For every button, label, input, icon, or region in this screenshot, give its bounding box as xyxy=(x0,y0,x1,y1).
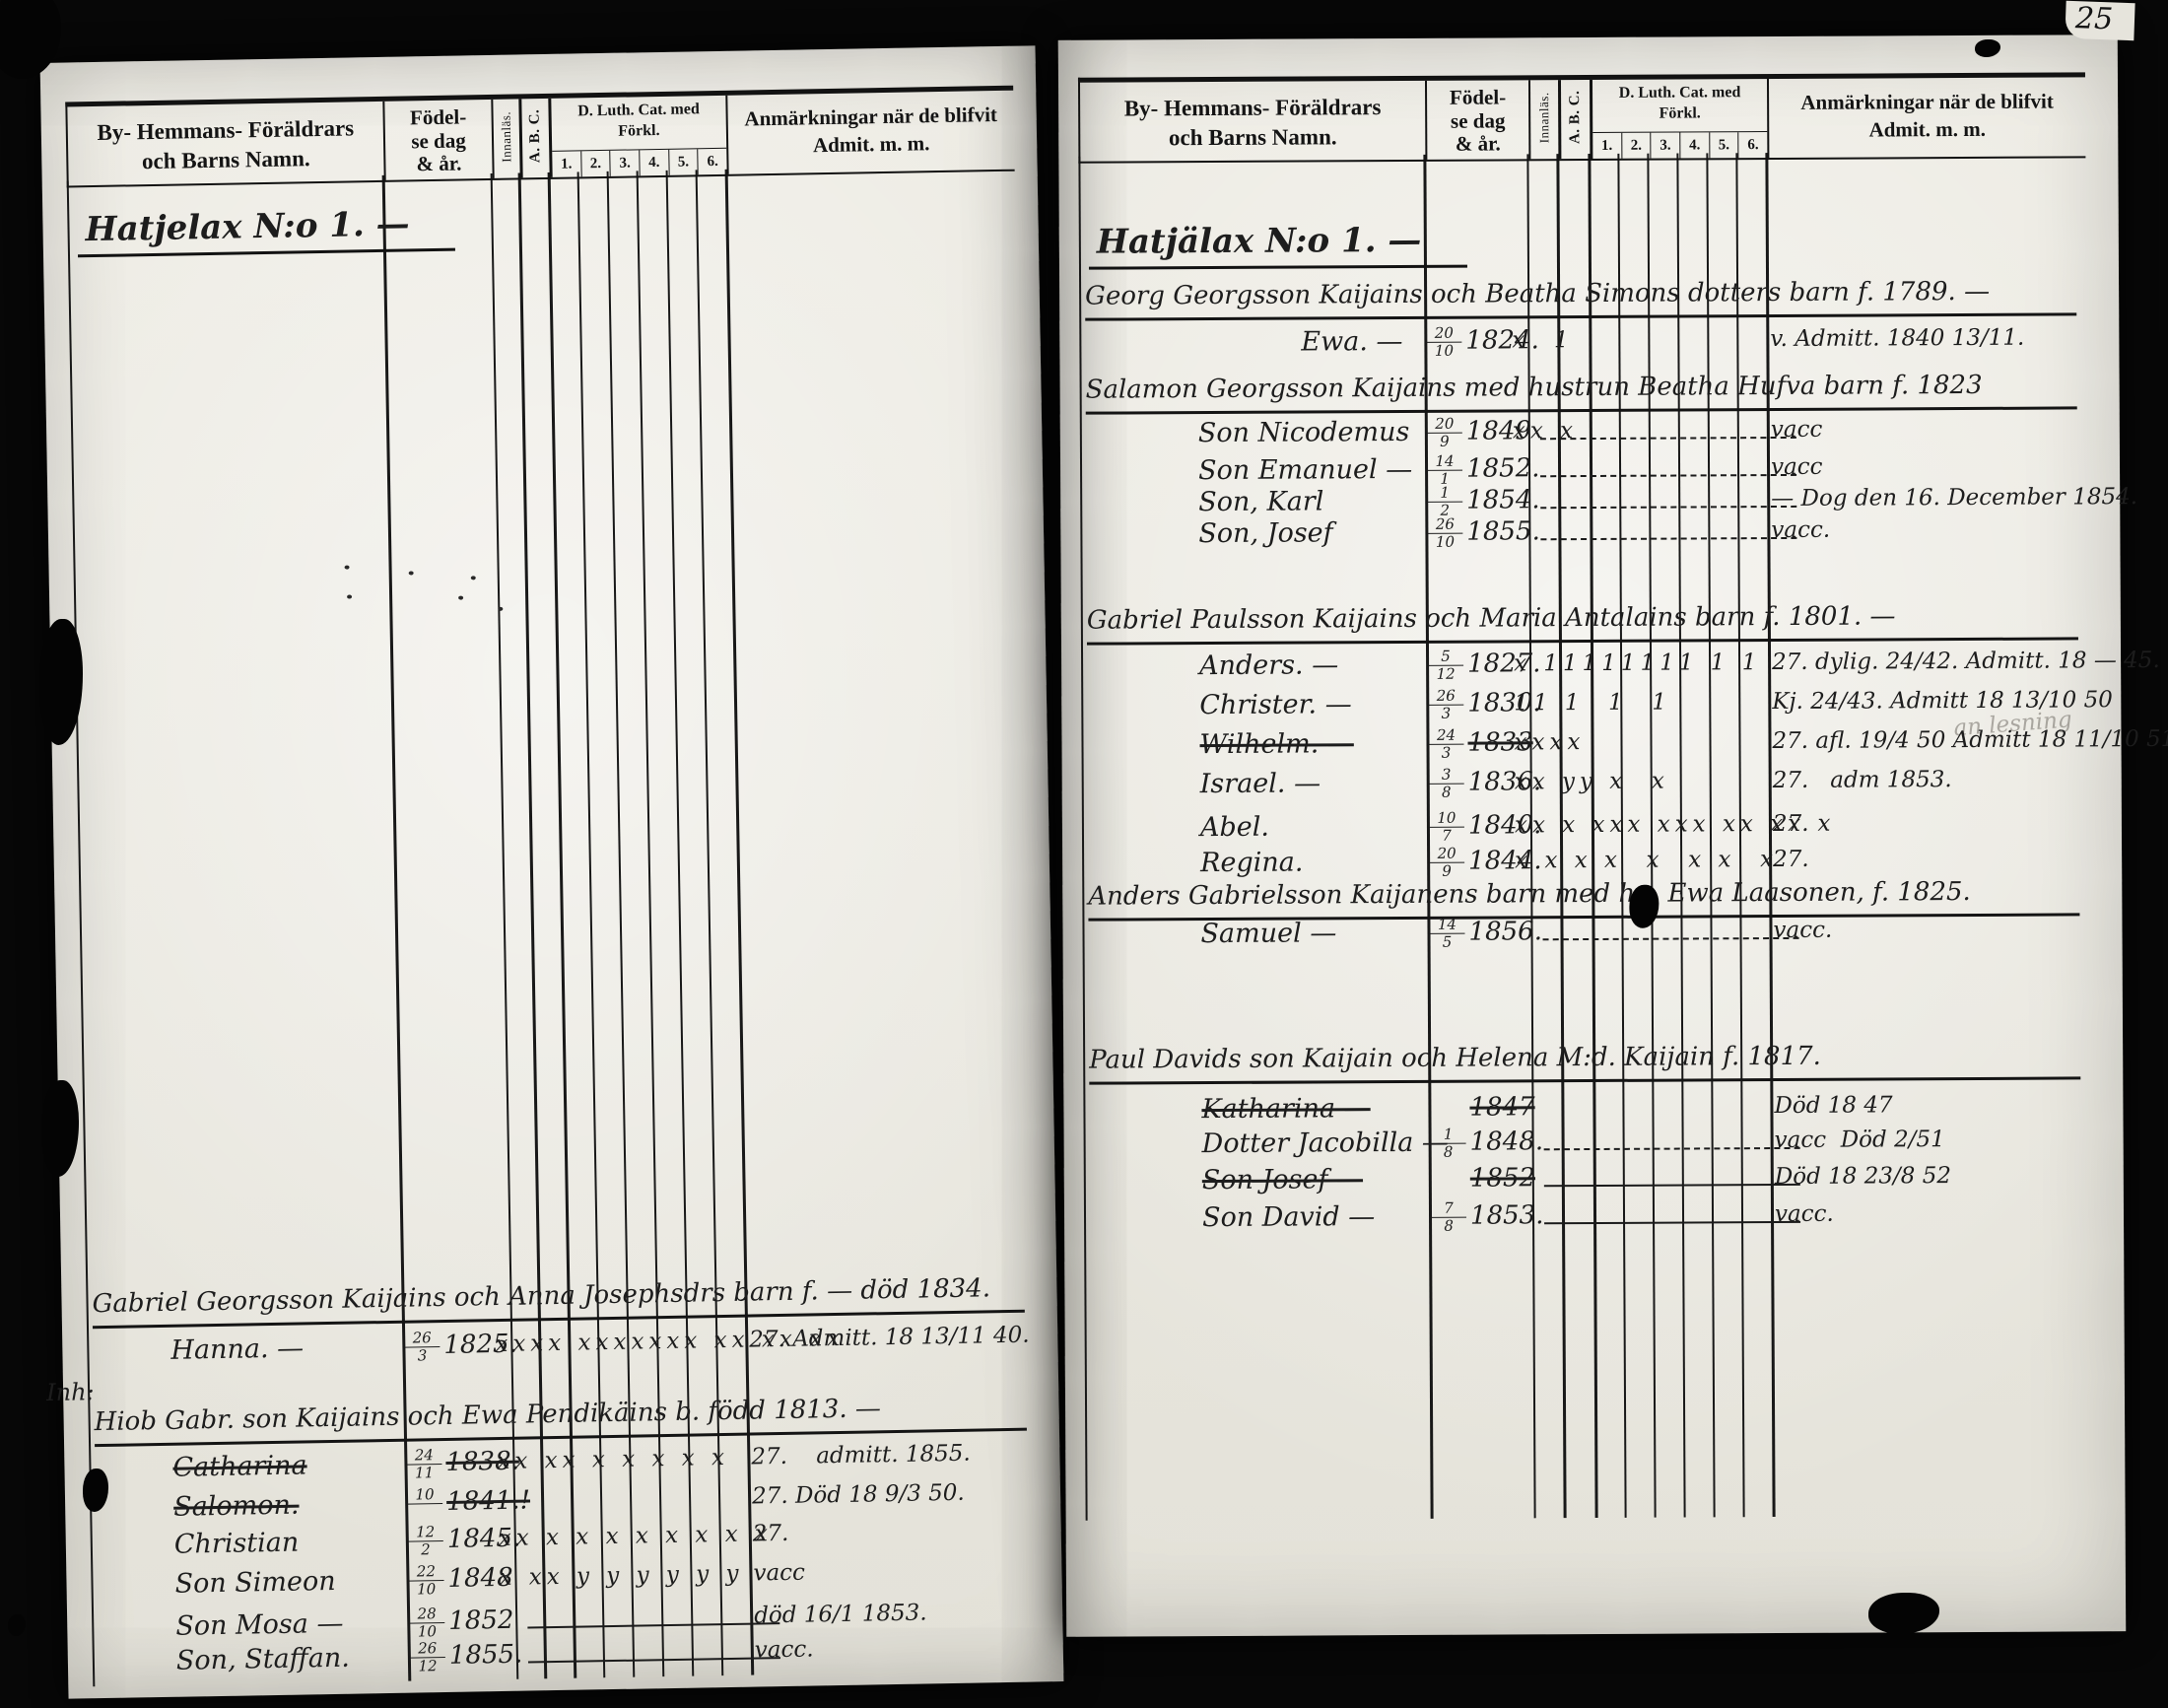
child-name: Samuel — xyxy=(1200,918,1336,949)
remark: 27. xyxy=(1773,847,1809,872)
scanned-book-spread: By- Hemmans- Föräldrars och Barns Namn. … xyxy=(0,0,2168,1708)
family-heading: Gabriel Georgsson Kaijains och Anna Jose… xyxy=(92,1273,1025,1330)
record-row: Israel. — 38 1836. xx yy x x 27. adm 185… xyxy=(1082,764,2087,810)
record-row: Ewa. — 2010 1824. x 1 v. Admitt. 1840 13… xyxy=(1079,322,2084,369)
birth-date: 38 xyxy=(1429,768,1464,800)
child-name: Son, Josef xyxy=(1198,517,1332,549)
remark: vacc xyxy=(1771,417,1823,443)
header-catechism-line2: Förkl. xyxy=(1592,103,1767,125)
scan-edge-blot xyxy=(8,1614,26,1636)
remark: 27. adm 1853. xyxy=(1773,767,1952,793)
birth-date: 2810 xyxy=(409,1606,445,1640)
right-page: By- Hemmans- Föräldrars och Barns Namn. … xyxy=(1058,34,2126,1637)
family-heading: Hiob Gabr. son Kaijains och Ewa Pendikäi… xyxy=(94,1392,1027,1448)
column-header-remarks: Anmärkningar när de blifvit Admit. m. m. xyxy=(1767,77,2085,158)
row-rule xyxy=(527,1622,779,1628)
remark: vacc xyxy=(753,1560,805,1587)
child-name: Wilhelm. — xyxy=(1199,728,1353,760)
column-header-remarks: Anmärkningar när de blifvit Admit. m. m. xyxy=(725,91,1014,174)
birth-date: 243 xyxy=(1428,728,1463,761)
catechism-marks: x 1 xyxy=(1512,327,1573,353)
column-header-birthdate: Födel- se dag & år. xyxy=(382,100,492,180)
row-rule xyxy=(1540,474,1796,477)
remark: v. Admitt. 1840 13/11. xyxy=(1770,325,2024,352)
header-names-line1: By- Hemmans- Föräldrars xyxy=(68,113,383,148)
record-row: Hanna. — 263 1825. xxxx xxxxxxx xx xx xx… xyxy=(87,1321,1034,1379)
birth-date: 2612 xyxy=(410,1641,446,1674)
remark: Död 18 23/8 52 xyxy=(1775,1163,1951,1190)
row-rule xyxy=(1544,1221,1800,1224)
cat-col-2: 2. xyxy=(580,151,610,177)
ink-speck xyxy=(409,571,414,575)
ink-speck xyxy=(498,607,503,611)
row-rule xyxy=(1540,537,1796,540)
birth-year: 1854. xyxy=(1466,485,1540,514)
remark: 27. dylig. 24/42. Admitt. 18 — 45. — xyxy=(1772,648,2168,675)
birth-date: 209 xyxy=(1429,847,1464,879)
header-catechism-line2: Förkl. xyxy=(552,120,726,144)
family-heading-row: Georg Georgsson Kaijains och Beatha Simo… xyxy=(1079,276,2084,322)
column-header-catechism: D. Luth. Cat. med Förkl. 1. 2. 3. 4. 5. … xyxy=(1590,79,1767,159)
row-rule xyxy=(1544,1184,1800,1187)
birth-date: 107 xyxy=(1429,811,1464,844)
family-heading-row: Paul Davids son Kaijain och Helena M:d. … xyxy=(1083,1040,2088,1086)
child-name: Hanna. — xyxy=(170,1332,304,1365)
birth-date: 78 xyxy=(1431,1201,1466,1234)
remark: död 16/1 1853. xyxy=(754,1600,927,1628)
child-name: Regina. xyxy=(1200,848,1303,879)
record-row: Samuel — 145 1856. vacc. xyxy=(1082,914,2087,960)
family-heading-row: Gabriel Paulsson Kaijains och Maria Anta… xyxy=(1081,600,2086,647)
village-title: Hatjälax N:o 1. — xyxy=(1089,221,1467,270)
child-name: Dotter Jacobilla — xyxy=(1202,1127,1449,1159)
row-rule xyxy=(1540,437,1796,440)
column-header-birthdate: Födel- se dag & år. xyxy=(1425,80,1528,160)
table-header: By- Hemmans- Föräldrars och Barns Namn. … xyxy=(1078,72,2085,163)
birth-date: 512 xyxy=(1428,649,1463,682)
birth-year: 1848. xyxy=(1470,1127,1544,1156)
birth-date: 10 xyxy=(407,1487,442,1506)
birth-year: 1852 xyxy=(448,1606,514,1636)
cat-col-1: 1. xyxy=(1592,133,1621,159)
header-reading-label: Innanläs. xyxy=(498,100,514,174)
remark: 27. admitt. 1855. xyxy=(751,1441,971,1470)
catechism-marks: x x x x x x x x xyxy=(1515,847,1778,873)
column-header-names: By- Hemmans- Föräldrars och Barns Namn. xyxy=(67,102,383,186)
birth-date: 209 xyxy=(1427,417,1462,449)
village-title-row: Hatjälax N:o 1. — xyxy=(1079,217,2084,263)
birth-year: 1853. xyxy=(1470,1200,1544,1230)
birth-year: 1841.! xyxy=(446,1485,530,1516)
ink-speck xyxy=(458,596,463,600)
column-header-names: By- Hemmans- Föräldrars och Barns Namn. xyxy=(1080,81,1425,162)
header-names-line2: och Barns Namn. xyxy=(1080,122,1425,154)
birth-date: 2411 xyxy=(406,1448,442,1481)
remark: vacc. xyxy=(755,1636,814,1663)
remark: Kj. 24/43. Admitt 18 13/10 50 xyxy=(1772,687,2113,715)
left-page: By- Hemmans- Föräldrars och Barns Namn. … xyxy=(40,45,1064,1698)
remark: 27. Död 18 9/3 50. xyxy=(752,1480,965,1510)
header-catechism-title: D. Luth. Cat. med Förkl. xyxy=(551,96,726,151)
cat-col-1: 1. xyxy=(552,151,580,176)
catechism-marks: 11 1 1 1 xyxy=(1514,690,1671,717)
header-catechism-title: D. Luth. Cat. med Förkl. xyxy=(1592,79,1767,132)
village-title: Hatjelax N:o 1. — xyxy=(77,204,455,258)
child-name: Son Josef — xyxy=(1202,1164,1363,1196)
remark: vacc. xyxy=(1771,517,1830,543)
family-heading: Gabriel Paulsson Kaijains och Maria Anta… xyxy=(1087,600,2078,645)
cat-col-3: 3. xyxy=(610,150,640,176)
column-header-reading: Innanläs. xyxy=(491,99,519,177)
header-abc-label: A. B. C. xyxy=(526,99,544,173)
row-rule xyxy=(528,1657,780,1663)
catechism-subcolumns: 1. 2. 3. 4. 5. 6. xyxy=(1592,131,1767,159)
child-name: Katharina — xyxy=(1201,1093,1370,1125)
header-abc-label: A. B. C. xyxy=(1567,80,1584,155)
child-name: Israel. — xyxy=(1200,768,1321,799)
remark: Död 18 47 xyxy=(1774,1092,1892,1119)
remark: 27. Admitt. 18 13/11 40. xyxy=(749,1323,1030,1353)
family-heading: Georg Georgsson Kaijains och Beatha Simo… xyxy=(1085,276,2076,320)
child-name: Son, Karl xyxy=(1198,486,1323,517)
row-rule xyxy=(1540,506,1796,509)
header-names-line1: By- Hemmans- Föräldrars xyxy=(1080,93,1425,124)
child-name: Anders. — xyxy=(1199,649,1338,681)
catechism-marks: xx yy x x xyxy=(1515,769,1669,795)
column-header-reading: Innanläs. xyxy=(1528,80,1558,159)
birth-date: 2210 xyxy=(408,1564,444,1598)
birth-year: 1855. xyxy=(1466,516,1540,546)
remark: 27. xyxy=(753,1521,789,1547)
birth-year: 1852 xyxy=(1470,1163,1535,1193)
header-birth-line3: & år. xyxy=(385,152,492,176)
remark: 27. xyxy=(1773,811,1809,837)
catechism-marks: xx x x x x x x x x xyxy=(499,1521,774,1551)
child-name: Son, Staffan. xyxy=(176,1643,350,1676)
remark: vacc. xyxy=(1773,918,1832,943)
header-birth-line2: se dag xyxy=(385,128,492,153)
row-rule xyxy=(1544,1147,1800,1150)
cat-col-4: 4. xyxy=(1679,132,1709,158)
family-heading: Paul Davids son Kaijain och Helena M:d. … xyxy=(1089,1040,2080,1084)
child-name: Son Nicodemus xyxy=(1198,417,1410,448)
header-remarks-line2: Admit. m. m. xyxy=(1769,115,2085,145)
catechism-marks: x 11111111 1 1 xyxy=(1514,649,1761,676)
child-name: Christer. — xyxy=(1199,689,1352,720)
birth-date: 12 xyxy=(1427,486,1462,518)
birth-date: 145 xyxy=(1429,918,1464,950)
child-name: Son Simeon xyxy=(174,1566,336,1600)
remark: vacc. xyxy=(1775,1201,1834,1227)
birth-year: 1852. xyxy=(1466,453,1540,483)
birth-date: 263 xyxy=(1428,689,1463,721)
header-birth-line1: Födel- xyxy=(384,105,491,130)
cat-col-3: 3. xyxy=(1651,133,1680,159)
page-number: 25 xyxy=(2065,1,2134,40)
row-rule xyxy=(1543,937,1799,940)
birth-date: 141 xyxy=(1427,454,1462,487)
birth-year: 1856. xyxy=(1468,917,1542,946)
header-catechism-line1: D. Luth. Cat. med xyxy=(1592,83,1767,104)
birth-date: 263 xyxy=(404,1331,440,1364)
birth-date: 122 xyxy=(408,1525,444,1558)
child-name: Son Emanuel — xyxy=(1198,454,1412,486)
village-title-row: Hatjelax N:o 1. — xyxy=(67,194,1014,252)
family-heading-row: Salamon Georgsson Kaijains med hustrun B… xyxy=(1080,370,2085,416)
child-name: Catharina xyxy=(172,1450,307,1482)
header-birth-line3: & år. xyxy=(1427,132,1528,156)
header-birth-line2: se dag xyxy=(1427,109,1528,133)
cat-col-6: 6. xyxy=(698,149,727,175)
header-remarks-line1: Anmärkningar när de blifvit xyxy=(727,101,1013,133)
remark: — Dog den 16. December 1854. xyxy=(1771,484,2137,512)
header-reading-label: Innanläs. xyxy=(1536,80,1552,155)
child-name: Ewa. — xyxy=(1301,326,1402,358)
child-name: Salomon. xyxy=(173,1490,300,1523)
remark: vacc Död 2/51 xyxy=(1775,1127,1945,1153)
child-name: Abel. xyxy=(1200,812,1269,843)
catechism-subcolumns: 1. 2. 3. 4. 5. 6. xyxy=(552,148,726,177)
header-names-line2: och Barns Namn. xyxy=(68,143,383,177)
column-header-abc: A. B. C. xyxy=(518,99,549,178)
cat-col-4: 4. xyxy=(639,150,668,176)
column-header-abc: A. B. C. xyxy=(1558,80,1590,159)
header-remarks-line1: Anmärkningar när de blifvit xyxy=(1769,87,2085,116)
record-row: Son David — 78 1853. vacc. xyxy=(1084,1197,2089,1244)
child-name: Son Mosa — xyxy=(175,1608,344,1642)
child-name: Christian xyxy=(174,1528,300,1560)
catechism-marks: xx x xyxy=(1513,418,1578,444)
cat-col-5: 5. xyxy=(668,149,698,175)
birth-date: 2010 xyxy=(1426,326,1461,359)
remark: 27. afl. 19/4 50 Admitt 18 11/10 51. xyxy=(1772,726,2168,754)
cat-col-5: 5. xyxy=(1709,132,1738,158)
record-row: Son, Josef 2610 1855. vacc. xyxy=(1080,513,2085,560)
catechism-marks: xxxx xyxy=(1514,729,1585,755)
header-remarks-line2: Admit. m. m. xyxy=(728,128,1014,161)
cat-col-6: 6. xyxy=(1738,132,1768,158)
catechism-marks: xx xx x x x x x xyxy=(497,1445,729,1474)
ink-speck xyxy=(345,566,350,570)
header-birth-line1: Födel- xyxy=(1427,86,1528,109)
child-name: Son David — xyxy=(1202,1201,1375,1233)
remark: vacc xyxy=(1771,454,1823,480)
birth-date: 2610 xyxy=(1427,517,1462,550)
catechism-marks: x xx y y y y y y xyxy=(499,1561,743,1591)
ink-speck xyxy=(471,576,476,580)
family-heading: Salamon Georgsson Kaijains med hustrun B… xyxy=(1086,370,2077,414)
ink-speck xyxy=(347,594,352,598)
cat-col-2: 2. xyxy=(1621,133,1651,159)
birth-year: 1847 xyxy=(1469,1092,1534,1122)
column-header-catechism: D. Luth. Cat. med Förkl. 1. 2. 3. 4. 5. … xyxy=(548,96,726,177)
table-header: By- Hemmans- Föräldrars och Barns Namn. … xyxy=(65,86,1014,188)
birth-year: 1855. xyxy=(449,1640,523,1671)
margin-note: Inh: xyxy=(46,1378,95,1406)
birth-date: 18 xyxy=(1431,1127,1466,1160)
